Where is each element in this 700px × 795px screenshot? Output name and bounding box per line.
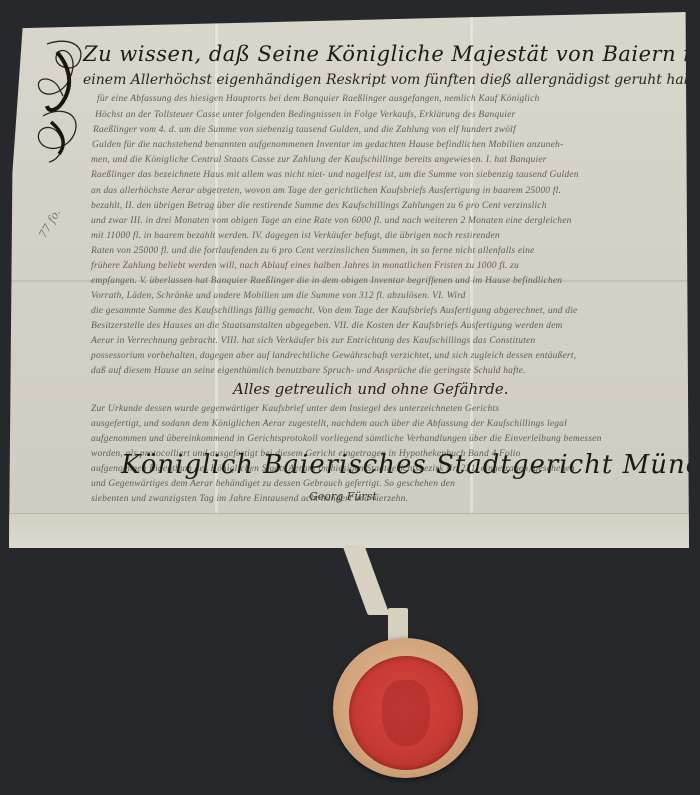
body-line: daß auf diesem Hause an seine eigenthüml… xyxy=(91,366,526,376)
court-name: Königlich Baierisches Stadtgericht Münch… xyxy=(121,450,700,480)
body-line: und Gegenwärtiges dem Aerar behändiget z… xyxy=(91,479,455,489)
folded-bottom-edge xyxy=(9,513,689,548)
body-line: Aerar in Verrechnung gebracht. VIII. hat… xyxy=(91,336,535,346)
body-line: Gulden für die nachstehend benannten auf… xyxy=(92,140,563,150)
closing-formula: Alles getreulich und ohne Gefährde. xyxy=(233,380,509,398)
body-line: bezahlt, II. den übrigen Betrag über die… xyxy=(91,201,547,211)
body-line: empfangen. V. überlassen hat Banquier Ra… xyxy=(91,276,562,286)
decorative-initial-z-icon xyxy=(29,36,91,166)
body-line: possessorium vorbehalten, dagegen aber a… xyxy=(91,351,576,361)
seal-ribbon xyxy=(342,545,389,615)
body-line: an das allerhöchste Aerar abgetreten, wo… xyxy=(91,186,561,196)
document-subtitle: einem Allerhöchst eigenhändigen Reskript… xyxy=(83,72,700,88)
body-line: und zwar III. in drei Monaten vom obigen… xyxy=(91,216,572,226)
body-line: men, und die Königliche Central Staats C… xyxy=(91,155,547,165)
body-line: Besitzerstelle des Hauses an die Staatsa… xyxy=(91,321,563,331)
body-line: Raten von 25000 fl. und die fortlaufende… xyxy=(91,246,534,256)
body-line: die gesammte Summe des Kaufschillings fä… xyxy=(91,306,577,316)
document-title: Zu wissen, daß Seine Königliche Majestät… xyxy=(83,42,700,66)
body-line: Raeßlinger vom 4. d. um die Summe von si… xyxy=(93,125,516,135)
body-line: Zur Urkunde dessen wurde gegenwärtiger K… xyxy=(91,404,499,414)
body-line: ausgefertigt, und sodann dem Königlichen… xyxy=(91,419,567,429)
body-line: Höchst an der Tollsteuer Casse unter fol… xyxy=(95,110,515,120)
body-line: frühere Zahlung beliebt werden will, nac… xyxy=(91,261,519,271)
body-line: Vorrath, Läden, Schränke und andere Mobi… xyxy=(91,291,466,301)
body-line: Raeßlinger das bezeichnete Haus mit alle… xyxy=(91,170,579,180)
seal-emblem-icon xyxy=(382,680,430,746)
body-line: für eine Abfassung des hiesigen Hauptort… xyxy=(97,94,539,104)
parchment-document: Zu wissen, daß Seine Königliche Majestät… xyxy=(9,12,689,548)
signature-center: Georg Fürst xyxy=(309,490,377,503)
body-line: mit 11000 fl. in baarem bezahlt werden. … xyxy=(91,231,500,241)
body-line: aufgenommen und übereinkommend in Gerich… xyxy=(91,434,602,444)
margin-note: 77 fo. xyxy=(36,207,63,241)
